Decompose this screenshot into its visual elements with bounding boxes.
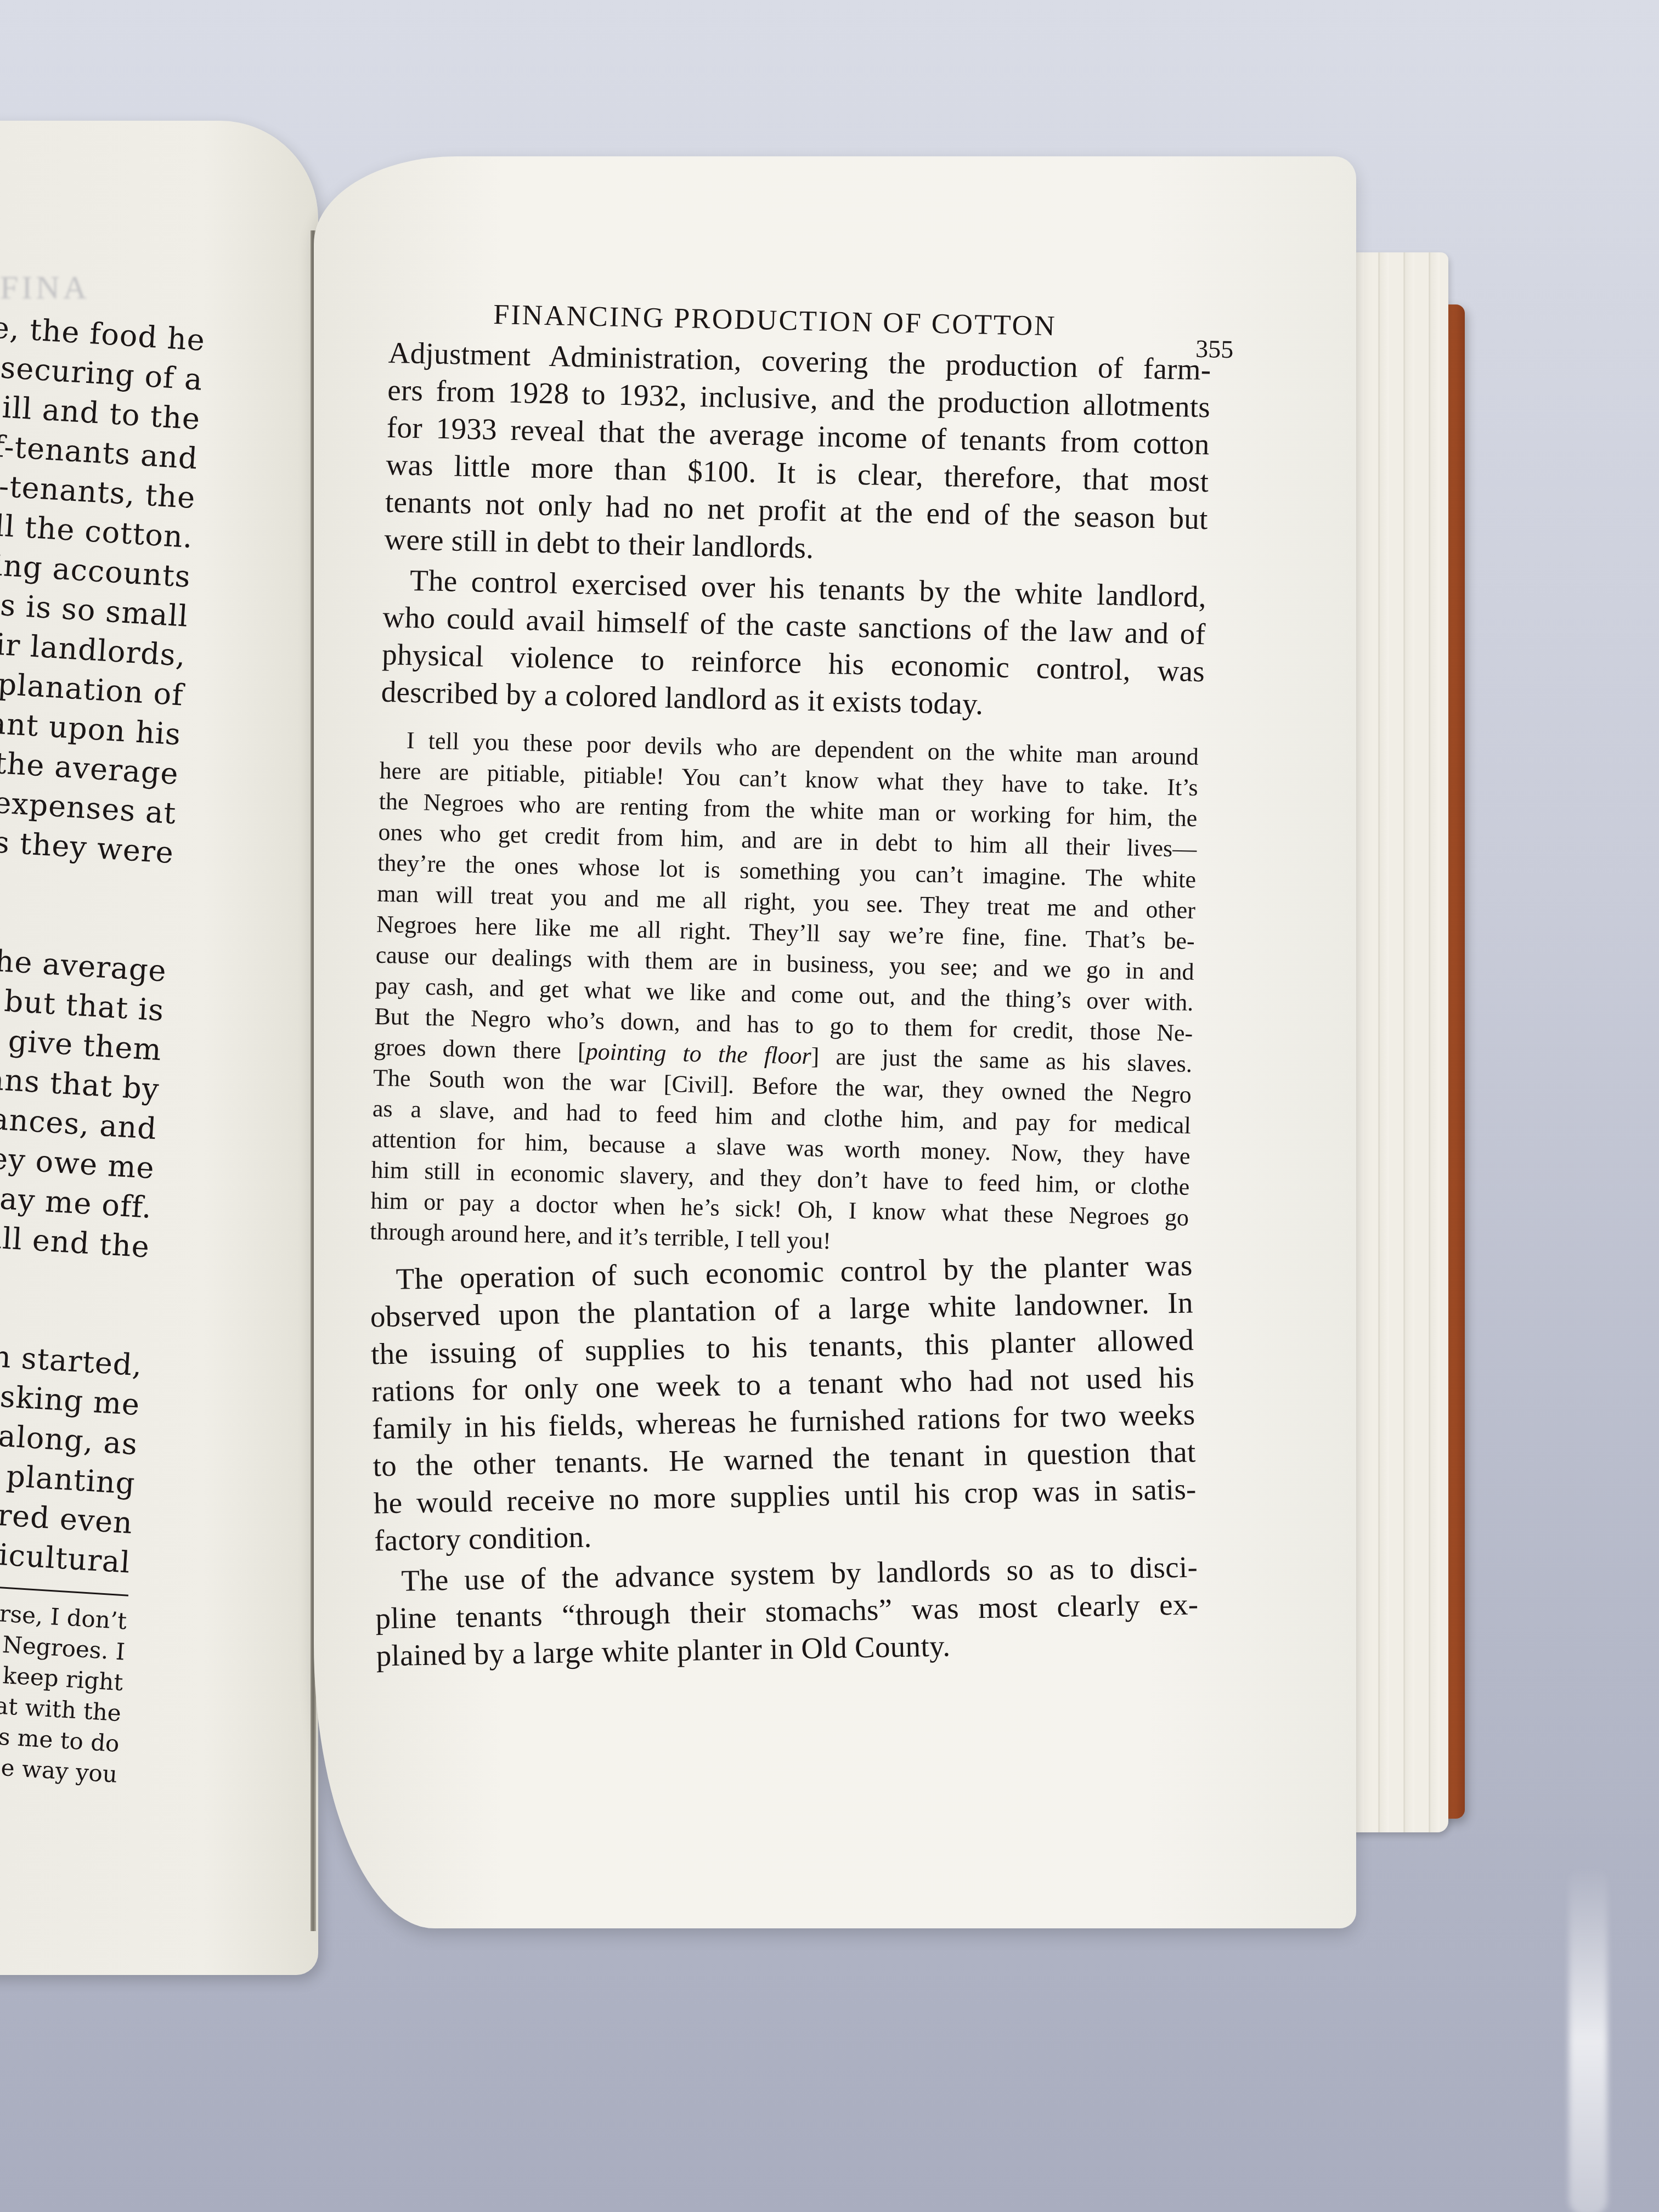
page-number: 355 xyxy=(1195,334,1234,364)
table-glare xyxy=(1569,1865,1607,2212)
left-page-text: e, the food he securing of a ill and to … xyxy=(0,304,206,1790)
left-page-body: e, the food he securing of a ill and to … xyxy=(0,304,206,1583)
quote-text: groes down there [ xyxy=(374,1034,586,1065)
paragraph: Adjustment Administration, covering the … xyxy=(384,334,1211,575)
paragraph: The operation of such economic control b… xyxy=(369,1246,1197,1559)
paragraph: The control exercised over his tenants b… xyxy=(381,561,1206,727)
italic-stage-direction: pointing to the floor xyxy=(585,1038,811,1070)
closing-paragraphs: The operation of such economic control b… xyxy=(369,1246,1199,1674)
left-footnote: f course, I don’t the Negroes. I , and k… xyxy=(0,1589,128,1790)
right-page-text: FINANCING PRODUCTION OF COTTON 355 Adjus… xyxy=(360,296,1212,1695)
left-page: FINA e, the food he securing of a ill an… xyxy=(0,121,318,1975)
block-quote: I tell you these poor devils who are dep… xyxy=(370,725,1204,1264)
quote-text: ] are just the same as his slaves. xyxy=(811,1042,1192,1077)
bleed-through-text: FINA xyxy=(0,269,90,307)
footnote-rule xyxy=(0,1583,128,1596)
footnote-line: f course, I don’t xyxy=(0,1589,128,1637)
paragraph: The use of the advance system by landlor… xyxy=(375,1548,1199,1674)
